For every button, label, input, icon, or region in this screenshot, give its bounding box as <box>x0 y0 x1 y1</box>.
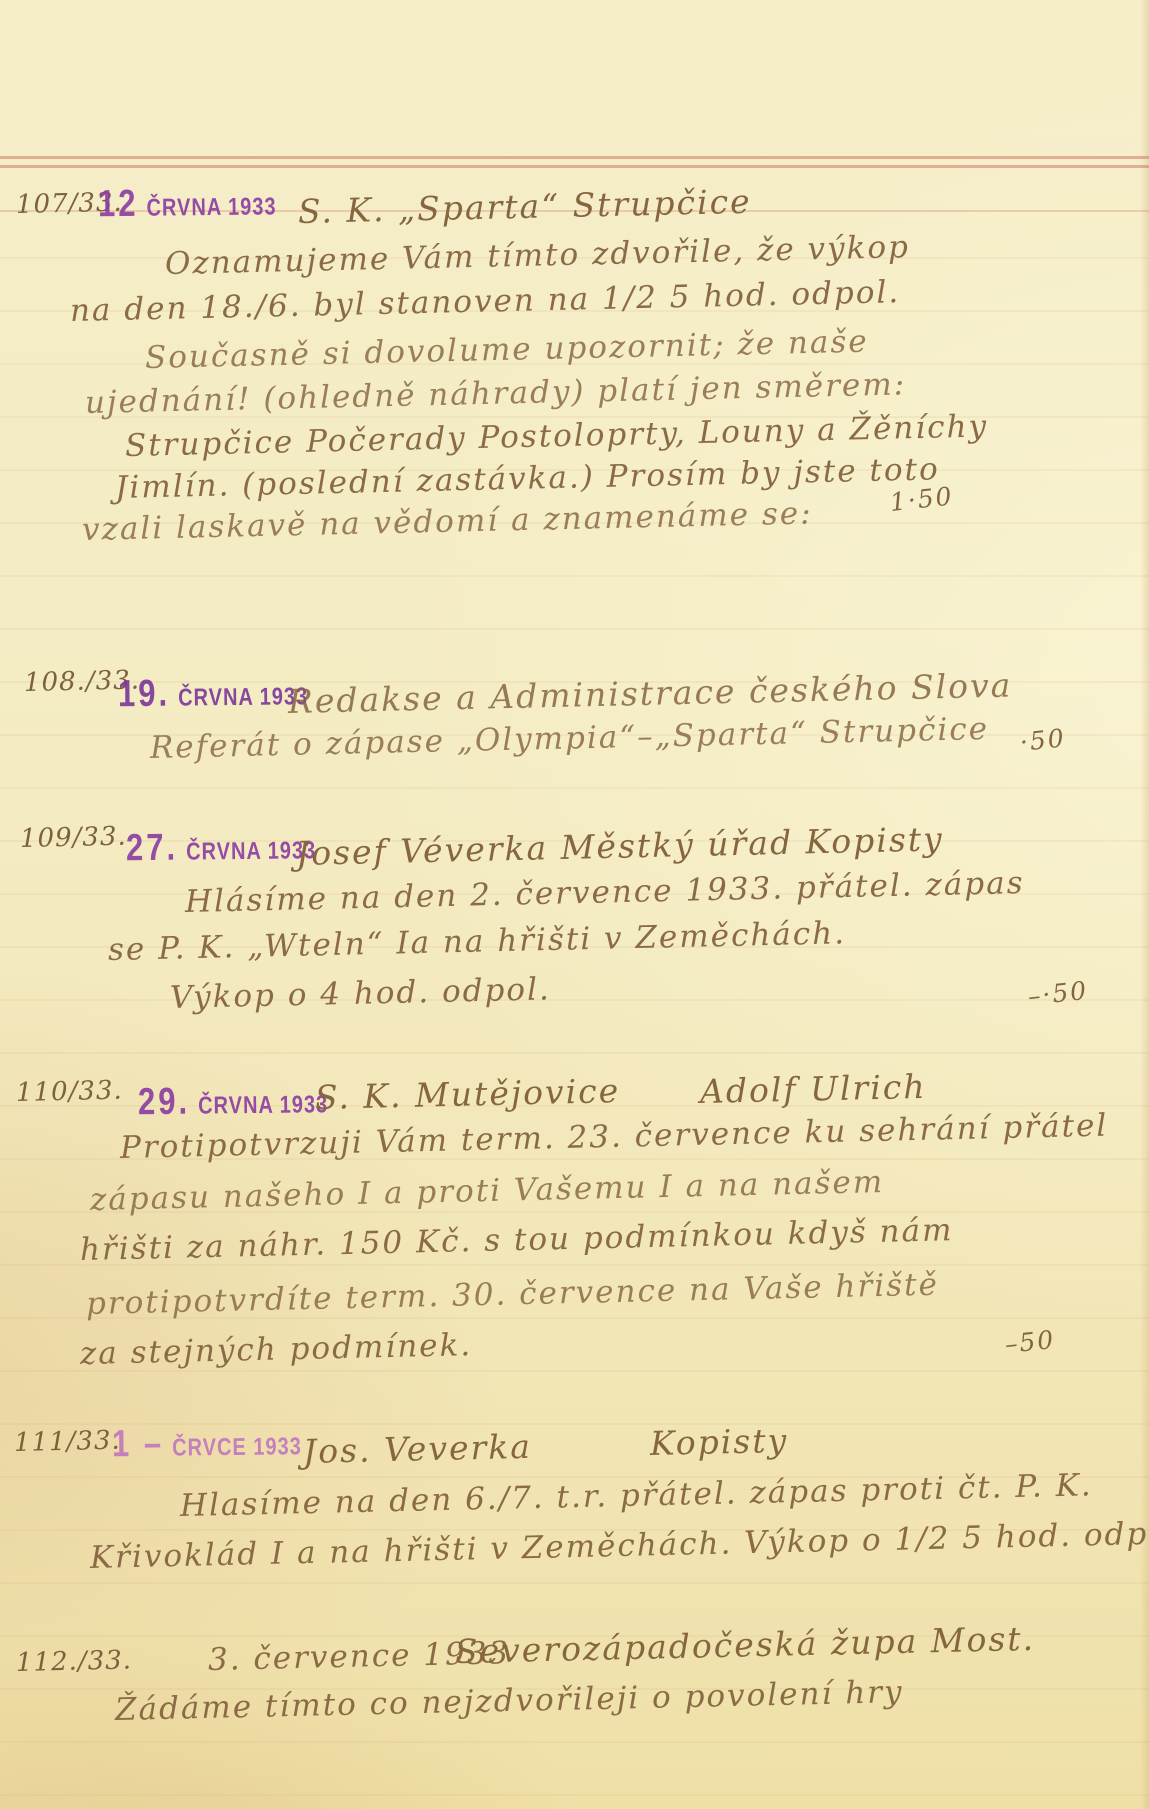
stamp-month-year: ČRVNA 1933 <box>146 194 276 222</box>
entry-number: 109/33. <box>20 822 127 854</box>
handwritten-line: zápasu našeho I a proti Vašemu I a na na… <box>90 1164 885 1218</box>
entry-title: Severozápadočeská župa Most. <box>455 1619 1036 1671</box>
fee-note: –·50 <box>1026 976 1089 1011</box>
header-rule-bottom <box>0 165 1149 168</box>
fee-note: –50 <box>1003 1325 1056 1359</box>
binding-edge <box>0 0 18 1809</box>
entry-number: 111/33. <box>14 1426 121 1458</box>
stamp-day: 19. <box>118 671 171 714</box>
fee-note: 1·50 <box>888 481 954 516</box>
entry-number: 110/33. <box>16 1076 123 1108</box>
date-stamp: 1 –ČRVCE 1933 <box>112 1420 302 1466</box>
stamp-day: 27. <box>126 825 179 868</box>
stamp-day: 1 – <box>112 1421 165 1464</box>
handwritten-line: se P. K. „Wteln“ Ia na hřišti v Zeměchác… <box>108 915 847 968</box>
handwritten-line: Oznamujeme Vám tímto zdvořile, že výkop <box>165 229 911 282</box>
entry-title-person: Adolf Ulrich <box>700 1067 927 1111</box>
entry-title-place: Kopisty <box>650 1421 789 1463</box>
entry-title: Josef Véverka Městký úřad Kopisty <box>296 819 945 873</box>
fee-note: ·50 <box>1018 723 1067 757</box>
entry-number: 112./33. <box>16 1645 133 1678</box>
stamp-day: 29. <box>138 1079 191 1122</box>
date-stamp: 29.ČRVNA 1933 <box>138 1078 329 1124</box>
handwritten-line: protipotvrdíte term. 30. července na Vaš… <box>86 1267 940 1322</box>
stamp-month-year: ČRVNA 1933 <box>198 1091 328 1119</box>
date-stamp: 12ČRVNA 1933 <box>98 180 277 226</box>
date-stamp: 27.ČRVNA 1933 <box>126 824 317 870</box>
ledger-page: 107/33. 12ČRVNA 1933 S. K. „Sparta“ Stru… <box>0 0 1149 1809</box>
handwritten-line: na den 18./6. byl stanoven na 1/2 5 hod.… <box>70 274 901 329</box>
entry-title-person: Jos. Veverka <box>303 1427 533 1471</box>
handwritten-line: Křivoklád I a na hřišti v Zeměchách. Výk… <box>90 1515 1149 1576</box>
entry-title-club: S. K. Mutějovice <box>315 1071 621 1117</box>
entry-title: S. K. „Sparta“ Strupčice <box>298 182 752 231</box>
stamp-month-year: ČRVCE 1933 <box>172 1433 302 1461</box>
stamp-day: 12 <box>98 182 139 225</box>
handwritten-line: Hlásíme na den 2. července 1933. přátel.… <box>185 865 1025 920</box>
header-rule-top <box>0 156 1149 159</box>
handwritten-line: Referát o zápase „Olympia“–„Sparta“ Stru… <box>150 711 990 766</box>
handwritten-line: Hlasíme na den 6./7. t.r. přátel. zápas … <box>180 1467 1093 1524</box>
handwritten-line: Výkop o 4 hod. odpol. <box>170 971 552 1016</box>
handwritten-line: hřišti za náhr. 150 Kč. s tou podmínkou … <box>80 1212 954 1268</box>
date-stamp: 19.ČRVNA 1933 <box>118 670 309 716</box>
handwritten-line: za stejných podmínek. <box>80 1327 473 1372</box>
handwritten-line: Současně si dovolume upozornit; že naše <box>145 324 869 376</box>
handwritten-line: Žádáme tímto co nejzdvořileji o povolení… <box>115 1674 904 1728</box>
